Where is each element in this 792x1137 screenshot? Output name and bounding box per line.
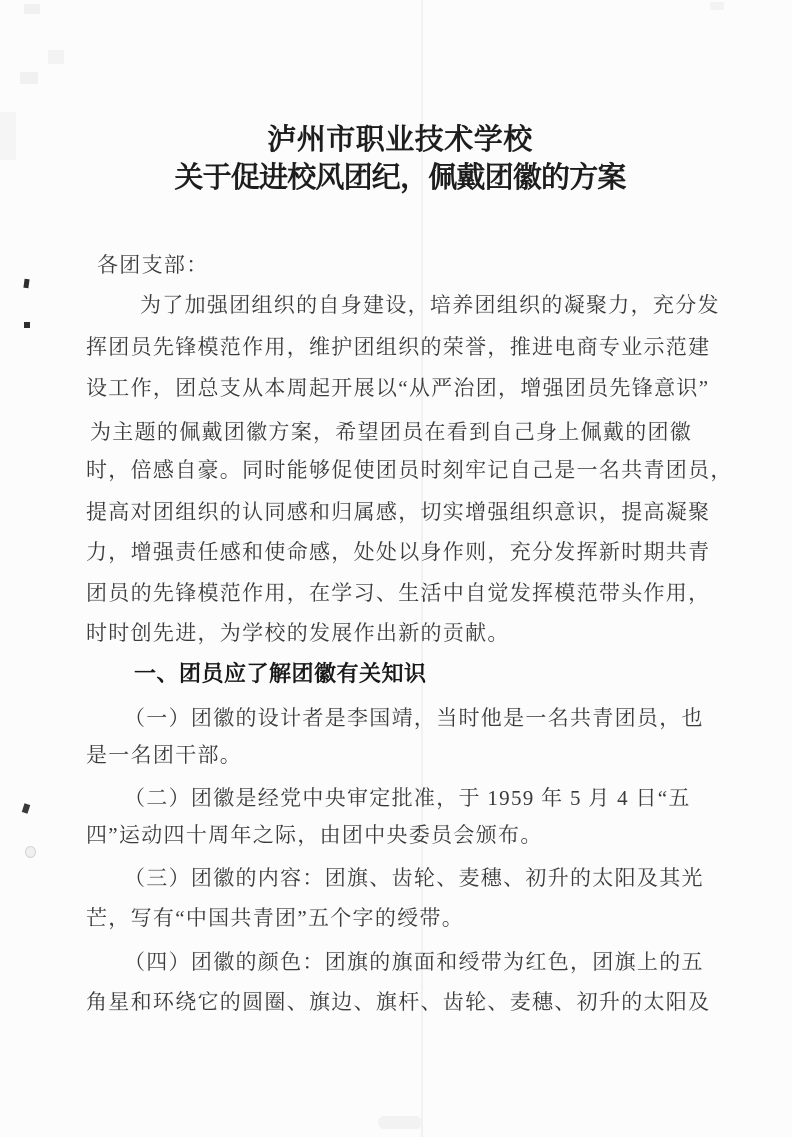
intro-line: 时，倍感自豪。同时能够促使团员时刻牢记自己是一名共青团员， [86, 459, 733, 482]
intro-line: 力，增强责任感和使命感，处处以身作则，充分发挥新时期共青 [86, 541, 710, 564]
document-title-line2: 关于促进校风团纪，佩戴团徽的方案 [8, 163, 792, 193]
scanned-document-page: 泸州市职业技术学校 关于促进校风团纪，佩戴团徽的方案 各团支部： 为了加强团组织… [0, 0, 792, 1137]
scan-smudge [378, 1116, 422, 1129]
salutation: 各团支部： [97, 254, 209, 277]
scan-smudge [24, 4, 40, 14]
intro-line: 团员的先锋模范作用，在学习、生活中自觉发挥模范带头作用， [86, 582, 710, 605]
intro-line: 为主题的佩戴团徽方案，希望团员在看到自己身上佩戴的团徽 [90, 421, 692, 444]
document-title-line1: 泸州市职业技术学校 [8, 125, 792, 155]
scan-smudge [48, 50, 64, 64]
item-line: （四）团徽的颜色：团旗的旗面和绶带为红色，团旗上的五 [124, 951, 704, 974]
scan-speck [25, 846, 36, 858]
intro-line: 为了加强团组织的自身建设，培养团组织的凝聚力，充分发 [140, 294, 720, 317]
scan-smudge [20, 72, 38, 84]
item-line: 角星和环绕它的圆圈、旗边、旗杆、齿轮、麦穗、初升的太阳及 [86, 991, 710, 1014]
item-line: （一）团徽的设计者是李国靖，当时他是一名共青团员，也 [124, 707, 704, 730]
scan-speck [23, 279, 29, 289]
scan-smudge [710, 2, 724, 10]
item-line: （三）团徽的内容：团旗、齿轮、麦穗、初升的太阳及其光 [124, 867, 704, 890]
intro-line: 挥团员先锋模范作用，维护团组织的荣誉，推进电商专业示范建 [86, 336, 710, 359]
intro-line: 提高对团组织的认同感和归属感，切实增强组织意识，提高凝聚 [86, 501, 710, 524]
item-line: 芒，写有“中国共青团”五个字的绶带。 [86, 907, 464, 930]
scan-speck [22, 803, 30, 813]
item-line: 是一名团干部。 [86, 744, 242, 767]
intro-line: 设工作，团总支从本周起开展以“从严治团，增强团员先锋意识” [86, 377, 709, 400]
item-line: 四”运动四十周年之际，由团中央委员会颁布。 [86, 824, 543, 847]
intro-line: 时时创先进，为学校的发展作出新的贡献。 [86, 622, 510, 645]
scan-speck [24, 322, 30, 328]
item-line: （二）团徽是经党中央审定批准，于 1959 年 5 月 4 日“五 [124, 787, 691, 810]
section-heading: 一、团员应了解团徽有关知识 [134, 662, 427, 686]
